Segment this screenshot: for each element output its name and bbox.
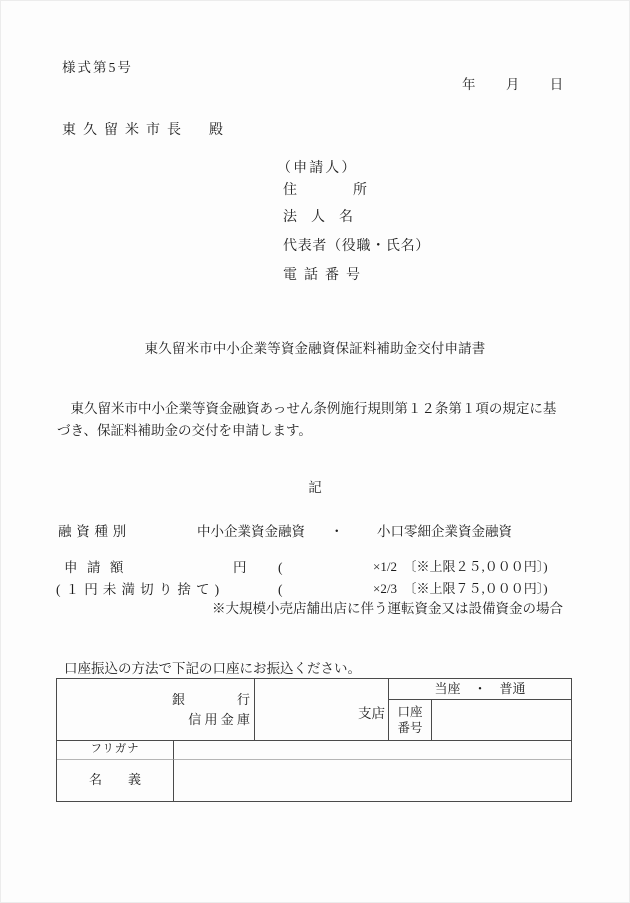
applicant-heading: （申請人） — [277, 161, 358, 177]
applicant-representative-label: 代表者（役職・氏名） — [283, 239, 430, 255]
account-number-value-cell — [432, 700, 571, 741]
form-number: 様式第5号 — [62, 60, 133, 76]
holder-value-cell — [174, 760, 571, 801]
loan-type-separator: ・ — [330, 524, 344, 540]
loan-type-label: 融資種別 — [58, 524, 131, 540]
account-type-cell: 当座 ・ 普通 — [389, 679, 571, 700]
account-number-label-line1: 口座 — [397, 704, 422, 720]
bank-account-table: 銀 行 信 用 金 庫 支店 当座 ・ 普通 口座 番号 フリガナ 名 義 — [56, 678, 572, 802]
amount-calc-half: ×1/2 〔※上限２５,０００円〕) — [373, 560, 548, 575]
holder-label-cell: 名 義 — [57, 760, 174, 801]
furigana-label: フリガナ — [90, 743, 139, 756]
amount-unit-yen: 円 — [233, 560, 247, 576]
branch-label: 支店 — [358, 706, 385, 722]
body-paragraph-line1: 東久留米市中小企業等資金融資あっせん条例施行規則第１２条第１項の規定に基 — [57, 401, 556, 417]
furigana-value-cell — [174, 741, 571, 760]
bank-name-cell: 銀 行 信 用 金 庫 — [57, 679, 255, 741]
transfer-instruction: 口座振込の方法で下記の口座にお振込ください。 — [64, 661, 361, 677]
record-heading: 記 — [0, 480, 630, 496]
addressee: 東久留米市長 殿 — [62, 123, 230, 139]
document-title: 東久留米市中小企業等資金融資保証料補助金交付申請書 — [0, 341, 630, 357]
account-number-label-line2: 番号 — [397, 720, 422, 736]
bank-label-line2: 信 用 金 庫 — [188, 710, 250, 730]
body-paragraph-line2: づき、保証料補助金の交付を申請します。 — [57, 423, 312, 439]
bank-label-line1: 銀 行 — [172, 690, 250, 710]
amount-open-paren-1: ( — [278, 560, 283, 576]
amount-calc-twothirds: ×2/3 〔※上限７５,０００円〕) — [373, 582, 548, 597]
account-type-options: 当座 ・ 普通 — [434, 682, 525, 697]
applicant-address-label: 住 所 — [283, 183, 367, 199]
application-form-page: 様式第5号 年 月 日 東久留米市長 殿 （申請人） 住 所 法 人 名 代表者… — [0, 0, 630, 903]
loan-type-option-koguchi: 小口零細企業資金融資 — [377, 524, 512, 540]
amount-open-paren-2: ( — [278, 582, 283, 598]
branch-cell: 支店 — [255, 679, 389, 741]
application-amount-label: 申請額 — [64, 560, 133, 576]
applicant-corporate-name-label: 法 人 名 — [283, 210, 353, 226]
holder-label: 名 義 — [89, 773, 141, 788]
applicant-phone-label: 電話番号 — [283, 268, 367, 284]
large-store-note: ※大規模小売店舗出店に伴う運転資金又は設備資金の場合 — [212, 601, 563, 617]
furigana-label-cell: フリガナ — [57, 741, 174, 760]
account-number-label-cell: 口座 番号 — [389, 700, 432, 741]
loan-type-option-chusho: 中小企業資金融資 — [197, 524, 305, 540]
amount-rounding-note: (１円未満切り捨て) — [56, 582, 224, 598]
date-line: 年 月 日 — [462, 77, 563, 93]
